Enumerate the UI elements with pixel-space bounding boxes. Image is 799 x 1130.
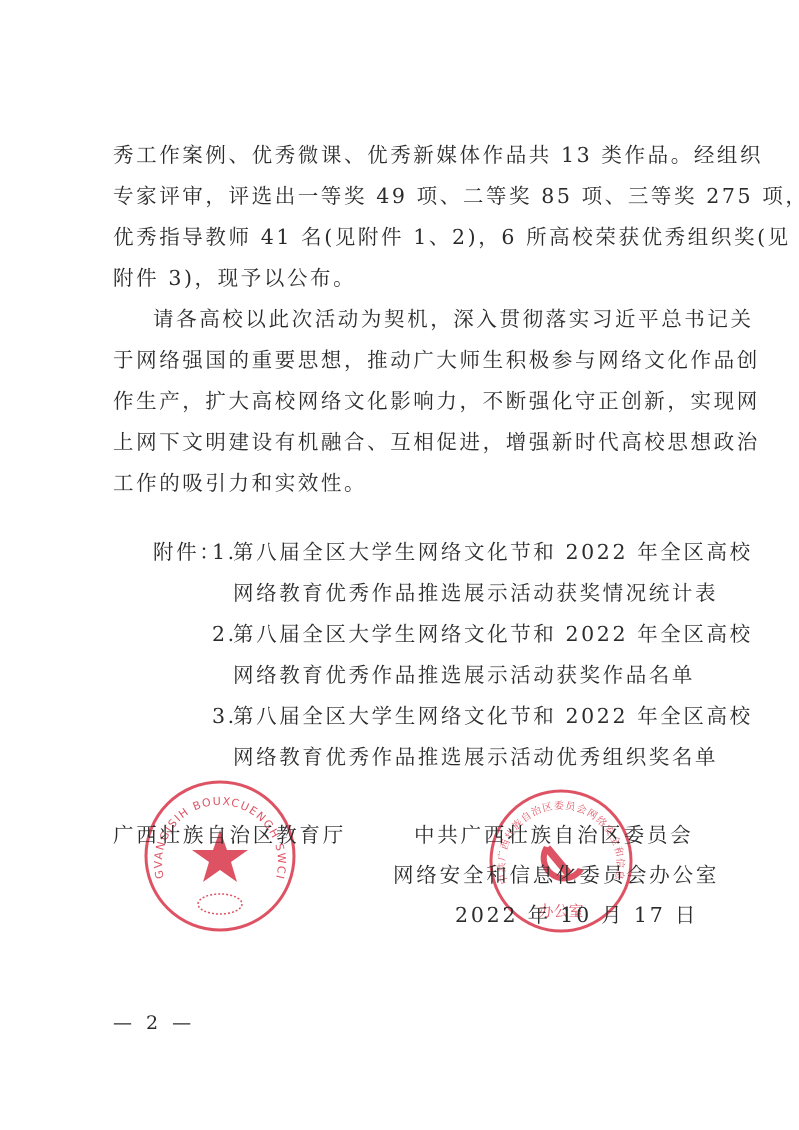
seal-star-icon: GVANGJSIH BOUXCUENGH SWCIGH GYAUJYUZ DIN… xyxy=(142,778,298,934)
paragraph1-line2: 专家评审，评选出一等奖 49 项、二等奖 85 项、三等奖 275 项， xyxy=(113,183,799,209)
paragraph1-line4: 附件 3)，现予以公布。 xyxy=(113,265,356,291)
attachment-2-line1: 第八届全区大学生网络文化节和 2022 年全区高校 xyxy=(233,621,753,647)
right-organization-line2: 网络安全和信息化委员会办公室 xyxy=(393,862,719,888)
paragraph2-line4: 上网下文明建设有机融合、互相促进，增强新时代高校思想政治 xyxy=(113,429,760,455)
paragraph1-line3: 优秀指导教师 41 名(见附件 1、2)，6 所高校荣获优秀组织奖(见 xyxy=(113,224,791,250)
paragraph2-line1: 请各高校以此次活动为契机，深入贯彻落实习近平总书记关 xyxy=(153,306,754,332)
attachment-2-line2: 网络教育优秀作品推选展示活动获奖作品名单 xyxy=(233,662,695,688)
page-number: — 2 — xyxy=(113,1012,195,1034)
education-department-seal: GVANGJSIH BOUXCUENGH SWCIGH GYAUJYUZ DIN… xyxy=(142,778,298,934)
attachment-1-line2: 网络教育优秀作品推选展示活动获奖情况统计表 xyxy=(233,580,718,606)
attachment-1-line1: 第八届全区大学生网络文化节和 2022 年全区高校 xyxy=(233,539,753,565)
attachment-3-line1: 第八届全区大学生网络文化节和 2022 年全区高校 xyxy=(233,703,753,729)
signature-date: 2022 年 10 月 17 日 xyxy=(455,902,698,928)
document-page: 秀工作案例、优秀微课、优秀新媒体作品共 13 类作品。经组织 专家评审，评选出一… xyxy=(0,0,799,1130)
paragraph2-line2: 于网络强国的重要思想，推动广大师生积极参与网络文化作品创 xyxy=(113,347,760,373)
attachment-3-line2: 网络教育优秀作品推选展示活动优秀组织奖名单 xyxy=(233,744,718,770)
paragraph2-line5: 工作的吸引力和实效性。 xyxy=(113,470,367,496)
right-organization-line1: 中共广西壮族自治区委员会 xyxy=(414,822,694,848)
paragraph2-line3: 作生产，扩大高校网络文化影响力，不断强化守正创新，实现网 xyxy=(113,388,760,414)
left-organization-name: 广西壮族自治区教育厅 xyxy=(113,822,346,848)
paragraph1-line1: 秀工作案例、优秀微课、优秀新媒体作品共 13 类作品。经组织 xyxy=(113,142,763,168)
